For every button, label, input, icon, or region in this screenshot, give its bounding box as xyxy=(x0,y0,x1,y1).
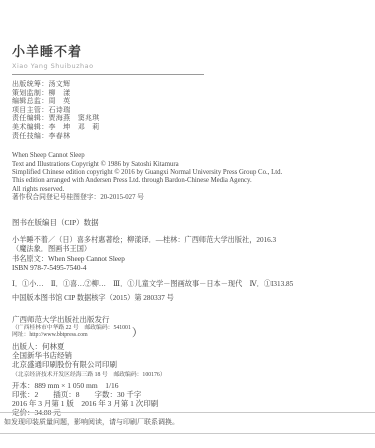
printer-line: 北京盛通印刷股份有限公司印刷 xyxy=(12,360,375,369)
credits-list: 出版统筹：汤文辉 策划监制：柳 漾 编辑总监：周 英 项目主管：石诗瑞 责任编辑… xyxy=(12,80,375,140)
address-closing-paren: ） xyxy=(132,324,143,340)
cip-series-line: （魔法象．图画书王国） xyxy=(12,245,375,255)
cip-classification-line: Ⅰ．①小… Ⅱ．①喜…②柳… Ⅲ．①儿童文学－图画故事－日本－现代 Ⅳ．①I31… xyxy=(12,279,375,289)
publication-block: 广西师范大学出版社出版发行 （广西桂林市中华路 22 号 邮政编码：541001… xyxy=(12,315,375,418)
publisher-line: 广西师范大学出版社出版发行 xyxy=(12,315,375,324)
copyright-arrangement: This edition arranged with Andersen Pres… xyxy=(12,177,375,185)
distribution-line: 全国新华书店经销 xyxy=(12,351,375,360)
cip-bibliographic-line: 小羊睡不着／（日）喜多村惠著绘；柳漾译．—桂林：广西师范大学出版社，2016.3 xyxy=(12,236,375,246)
cip-original-title-line: 书名原文：When Sheep Cannot Sleep xyxy=(12,255,375,265)
edition-line: 2016 年 3 月第 1 版 2016 年 3 月第 1 次印刷 xyxy=(12,399,375,408)
publisher-person-line: 出版人：何林夏 xyxy=(12,342,375,351)
cip-isbn-line: ISBN 978-7-5495-7540-4 xyxy=(12,264,375,274)
cip-block: 图书在版编目（CIP）数据 小羊睡不着／（日）喜多村惠著绘；柳漾译．—桂林：广西… xyxy=(12,218,375,303)
copyright-rights-reserved: All rights reserved. xyxy=(12,186,375,194)
print-quality-notice: 如发现印装质量问题，影响阅读，请与印刷厂联系调换。 xyxy=(0,418,375,427)
publisher-address-group: （广西桂林市中华路 22 号 邮政编码：541001 网址：http://www… xyxy=(12,324,375,340)
cip-registry-line: 中国版本图书馆 CIP 数据核字（2015）第 280337 号 xyxy=(12,293,375,303)
cip-heading: 图书在版编目（CIP）数据 xyxy=(12,218,375,227)
copyright-text-illustrations: Text and Illustrations Copyright © 1986 … xyxy=(12,161,375,169)
copyright-simplified-chinese: Simplified Chinese edition copyright © 2… xyxy=(12,169,375,177)
footer-notice-block: 如发现印装质量问题，影响阅读，请与印刷厂联系调换。 xyxy=(0,412,375,434)
printer-address-line: （北京经济技术开发区经海三路 18 号 邮政编码：100176） xyxy=(12,372,375,379)
footer-divider-top xyxy=(0,412,375,413)
publisher-website-line: 网址：http://www.bbtpress.com xyxy=(12,332,131,339)
title-divider xyxy=(12,74,204,75)
credit-line-responsible-editor: 责任编辑：贾海燕 窦兆琪 xyxy=(12,114,375,123)
book-title-pinyin: Xiao Yang Shuibuzhao xyxy=(12,62,375,70)
credit-line-editorial-director: 编辑总监：周 英 xyxy=(12,97,375,106)
book-title: 小羊睡不着 xyxy=(12,46,375,60)
credit-line-art-editor: 美术编辑：李 坤 邓 莉 xyxy=(12,123,375,132)
footer-divider-bottom xyxy=(0,433,375,434)
copyright-original-title: When Sheep Cannot Sleep xyxy=(12,152,375,160)
credit-line-technical-editor: 责任技编：李春林 xyxy=(12,132,375,141)
copyright-block: When Sheep Cannot Sleep Text and Illustr… xyxy=(12,152,375,202)
credit-line-planning-supervisor: 策划监制：柳 漾 xyxy=(12,89,375,98)
credit-line-publishing-coordinator: 出版统筹：汤文辉 xyxy=(12,80,375,89)
copyright-registration-number: 著作权合同登记号桂图登字：20-2015-027 号 xyxy=(12,194,375,202)
publisher-address-line: （广西桂林市中华路 22 号 邮政编码：541001 xyxy=(12,325,131,332)
colophon-page: 小羊睡不着 Xiao Yang Shuibuzhao 出版统筹：汤文辉 策划监制… xyxy=(0,0,375,448)
